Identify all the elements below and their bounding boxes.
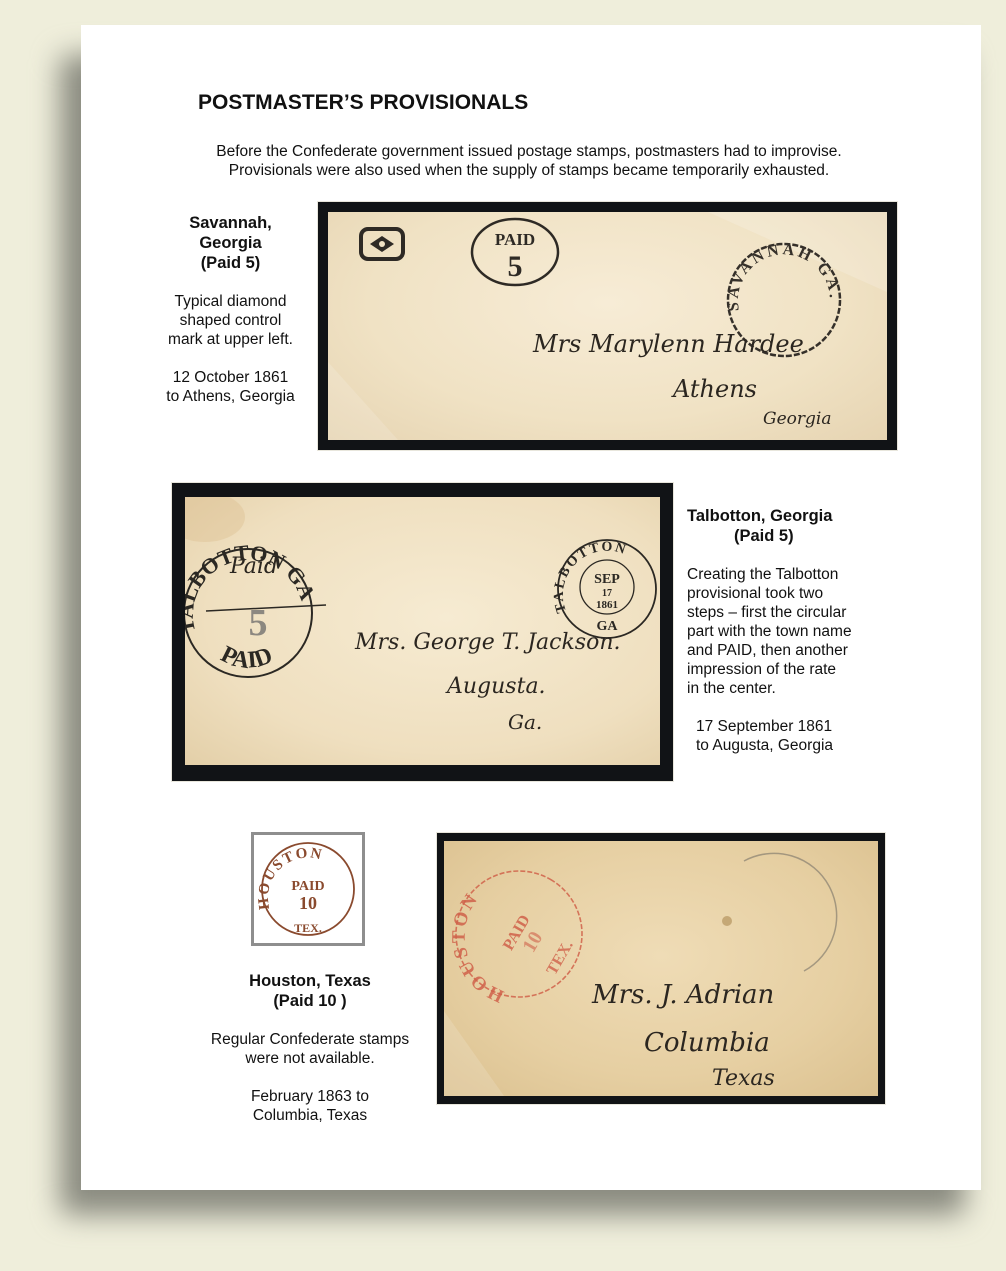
svg-text:10: 10 — [299, 893, 317, 913]
cover-houston: HOUSTON PAID 10 TEX. Mrs. J. Adrian Colu… — [437, 833, 885, 1104]
caption-description: part with the town name — [687, 622, 872, 641]
talbotton-postmark: TALBOTTON SEP 17 1861 GA — [552, 540, 656, 638]
intro-line: Before the Confederate government issued… — [181, 142, 877, 161]
caption-description: mark at upper left. — [153, 330, 308, 349]
caption-heading: Houston, Texas — [199, 971, 421, 991]
talbotton-provisional-handstamp: TALBOTTON GA PAID 5 Paid — [185, 540, 326, 677]
caption-description: were not available. — [199, 1049, 421, 1068]
caption-description: Typical diamond — [153, 292, 308, 311]
caption-date: 12 October 1861 — [153, 368, 308, 387]
svg-text:Mrs. George T. Jackson.: Mrs. George T. Jackson. — [354, 630, 620, 655]
caption-heading: Talbotton, Georgia — [687, 506, 872, 526]
svg-text:PAID: PAID — [495, 230, 535, 249]
caption-houston: Houston, Texas (Paid 10 ) Regular Confed… — [199, 971, 421, 1125]
envelope-paper: PAID 5 SAVANNAH GA. Mrs Marylenn Hardee … — [328, 212, 887, 440]
svg-text:Augusta.: Augusta. — [445, 674, 546, 699]
svg-text:TEX.: TEX. — [294, 921, 322, 935]
svg-text:Paid: Paid — [229, 554, 278, 579]
svg-text:Mrs. J. Adrian: Mrs. J. Adrian — [591, 980, 774, 1010]
caption-talbotton: Talbotton, Georgia (Paid 5) Creating the… — [687, 506, 872, 755]
page-title: POSTMASTER’S PROVISIONALS — [198, 91, 528, 115]
cover-talbotton: TALBOTTON GA PAID 5 Paid TALBOTTON SEP 1… — [172, 483, 673, 781]
svg-text:Georgia: Georgia — [763, 409, 831, 429]
exhibit-page: POSTMASTER’S PROVISIONALS Before the Con… — [81, 25, 981, 1190]
svg-text:SEP: SEP — [594, 572, 620, 587]
svg-text:PAID: PAID — [291, 879, 324, 894]
caption-route: to Augusta, Georgia — [687, 736, 872, 755]
caption-description: and PAID, then another — [687, 641, 872, 660]
caption-heading: Savannah, — [153, 213, 308, 233]
cover-savannah: PAID 5 SAVANNAH GA. Mrs Marylenn Hardee … — [318, 202, 897, 450]
svg-text:1861: 1861 — [596, 599, 618, 611]
svg-text:Texas: Texas — [712, 1066, 775, 1091]
diamond-control-mark-icon — [361, 229, 403, 259]
envelope-paper: TALBOTTON GA PAID 5 Paid TALBOTTON SEP 1… — [185, 497, 660, 765]
caption-description: shaped control — [153, 311, 308, 330]
caption-description: Regular Confederate stamps — [199, 1030, 421, 1049]
paid-5-oval-handstamp: PAID 5 — [472, 219, 558, 285]
caption-heading: (Paid 5) — [687, 526, 872, 546]
caption-route: Columbia, Texas — [199, 1106, 421, 1125]
intro-text: Before the Confederate government issued… — [181, 142, 877, 180]
intro-line: Provisionals were also used when the sup… — [181, 161, 877, 180]
svg-text:Ga.: Ga. — [508, 710, 542, 734]
caption-heading: (Paid 5) — [153, 253, 308, 273]
svg-text:TEX.: TEX. — [544, 938, 577, 978]
caption-description: Creating the Talbotton — [687, 565, 872, 584]
houston-handstamp-inset: HOUSTON PAID 10 TEX. — [251, 832, 365, 946]
svg-text:5: 5 — [508, 250, 523, 283]
caption-description: impression of the rate — [687, 660, 872, 679]
caption-date: 17 September 1861 — [687, 717, 872, 736]
caption-savannah: Savannah, Georgia (Paid 5) Typical diamo… — [153, 213, 308, 406]
caption-date: February 1863 to — [199, 1087, 421, 1106]
svg-text:Mrs Marylenn Hardee: Mrs Marylenn Hardee — [532, 330, 804, 358]
caption-description: provisional took two — [687, 584, 872, 603]
houston-red-handstamp: HOUSTON PAID 10 TEX. — [444, 844, 605, 1030]
svg-text:Athens: Athens — [671, 375, 757, 403]
svg-text:PAID: PAID — [217, 641, 276, 674]
svg-text:Columbia: Columbia — [644, 1028, 770, 1058]
envelope-paper: HOUSTON PAID 10 TEX. Mrs. J. Adrian Colu… — [444, 841, 878, 1096]
svg-text:17: 17 — [602, 588, 612, 599]
caption-heading: (Paid 10 ) — [199, 991, 421, 1011]
caption-description: in the center. — [687, 679, 872, 698]
caption-heading: Georgia — [153, 233, 308, 253]
caption-description: steps – first the circular — [687, 603, 872, 622]
caption-route: to Athens, Georgia — [153, 387, 308, 406]
